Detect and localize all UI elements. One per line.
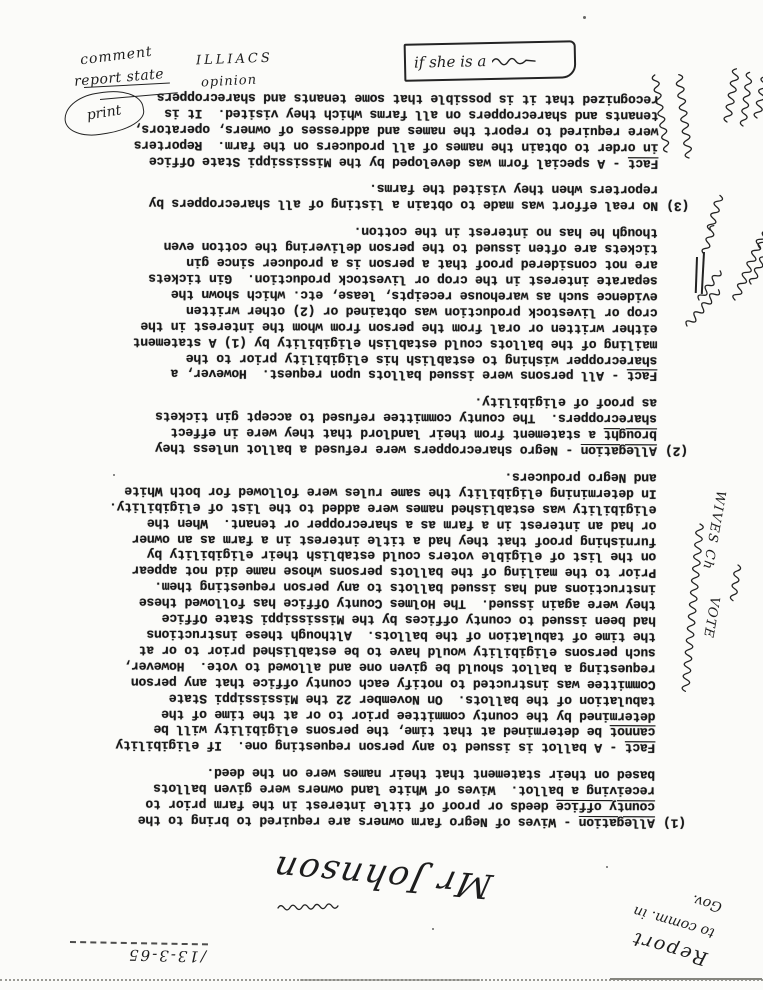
- text-line: (1)Allegation - Wives of Negro farm owne…: [82, 811, 655, 830]
- handwritten-note-top-center-line2: opinion: [201, 73, 258, 91]
- text-line: recognized that it is possible that some…: [86, 88, 659, 107]
- boxed-note-text: if she is a: [414, 52, 487, 72]
- text-line: receiving a ballot. Wives of White land …: [82, 780, 655, 799]
- handwritten-scribble: [725, 564, 746, 606]
- text-line: Committee was instructed to notify each …: [83, 673, 656, 692]
- text-line: sharecroppers. The county committee refu…: [84, 408, 657, 427]
- text-line: on the list of eligible voters could est…: [83, 546, 656, 565]
- text-line: they were again issued. The Holmes Count…: [83, 594, 656, 613]
- page-edge-line: [300, 979, 480, 981]
- text-line: instructions and has issued ballots to a…: [83, 578, 656, 597]
- text-line: the time of tabulation of the ballots. A…: [83, 626, 656, 645]
- paragraph-number: (3): [658, 198, 689, 214]
- text-line: (3)No real effort was made to obtain a l…: [85, 195, 658, 214]
- paragraph: Fact - All persons were issued ballots u…: [84, 222, 689, 384]
- paragraph: (2)Allegation - Negro sharecroppers were…: [84, 392, 688, 459]
- handwritten-note-top-left-line1: comment: [79, 44, 153, 69]
- text-line: in order to obtain the names of all prod…: [86, 136, 659, 155]
- text-line: Fact - A ballot is issued to any person …: [82, 737, 655, 756]
- text-line: In determining eligibility the same rule…: [84, 482, 657, 501]
- boxed-handwritten-note: if she is a: [404, 40, 577, 82]
- text-line: (2)Allegation - Negro sharecroppers were…: [84, 440, 657, 459]
- text-line: tabulation of the ballots. On November 2…: [83, 689, 656, 708]
- text-line: had been issued to county offices by the…: [83, 610, 656, 629]
- text-line: Fact - A special form was developed by t…: [86, 152, 659, 171]
- signature: Mr Johnson: [258, 846, 496, 905]
- handwritten-scribble: [278, 898, 343, 916]
- paragraph: Fact - A special form was developed by t…: [86, 88, 690, 171]
- handwritten-scribble: [752, 191, 763, 251]
- text-line: were required to report the names and ad…: [86, 120, 659, 139]
- margin-note-vote: VOTE: [700, 595, 722, 639]
- text-line: eligibility was established names were a…: [84, 498, 657, 517]
- paragraph: Fact - A ballot is issued to any person …: [82, 466, 687, 755]
- text-line: tickets are often issued to the person d…: [85, 238, 658, 257]
- text-line: cannot be determined at that time, the p…: [83, 721, 656, 740]
- paragraph-number: (2): [657, 443, 688, 459]
- typewritten-text-block: (1)Allegation - Wives of Negro farm owne…: [82, 88, 690, 830]
- flipped-footer-note: Report to comm. in Gov.: [521, 841, 726, 971]
- circled-word-text: print: [86, 102, 123, 123]
- text-line: mailing of the ballots could establish e…: [85, 333, 658, 352]
- text-line: Prior to the mailing of the ballots pers…: [83, 562, 656, 581]
- handwritten-note-top-center-line1: ILLIACS: [196, 51, 273, 69]
- scan-speck: [432, 928, 434, 930]
- paragraph: (3)No real effort was made to obtain a l…: [85, 179, 689, 214]
- text-line: such persons eligibility would have to b…: [83, 641, 656, 660]
- scan-speck: [583, 16, 586, 19]
- paragraph-number: (1): [655, 814, 686, 830]
- date-note: /13-3-65: [76, 944, 206, 965]
- text-line: county office deeds or proof of title in…: [82, 796, 655, 815]
- text-line: tenants and sharecroppers on all farms w…: [86, 104, 659, 123]
- text-line: requesting a ballot should be given one …: [83, 657, 656, 676]
- text-line: brought a statement from their landlord …: [84, 424, 657, 443]
- handwritten-scribble: [492, 54, 536, 67]
- text-line: or had an interest in a farm as a sharec…: [84, 514, 657, 533]
- scanned-document-page: (1)Allegation - Wives of Negro farm owne…: [0, 0, 763, 990]
- handwritten-scribble: [696, 219, 722, 256]
- text-line: determined by the county committee prior…: [83, 705, 656, 724]
- text-line: evidence such as warehouse receipts, lea…: [85, 285, 658, 304]
- text-line: either written or oral from the person f…: [85, 317, 658, 336]
- text-line: Fact - All persons were issued ballots u…: [84, 365, 657, 384]
- text-line: furnishing proof that they had a title i…: [84, 530, 657, 549]
- scan-speck: [113, 474, 115, 476]
- paragraph: (1)Allegation - Wives of Negro farm owne…: [82, 764, 686, 831]
- text-line: separate interest in the crop or livesto…: [85, 269, 658, 288]
- page-edge-line: [610, 978, 762, 980]
- scan-speck: [606, 866, 608, 868]
